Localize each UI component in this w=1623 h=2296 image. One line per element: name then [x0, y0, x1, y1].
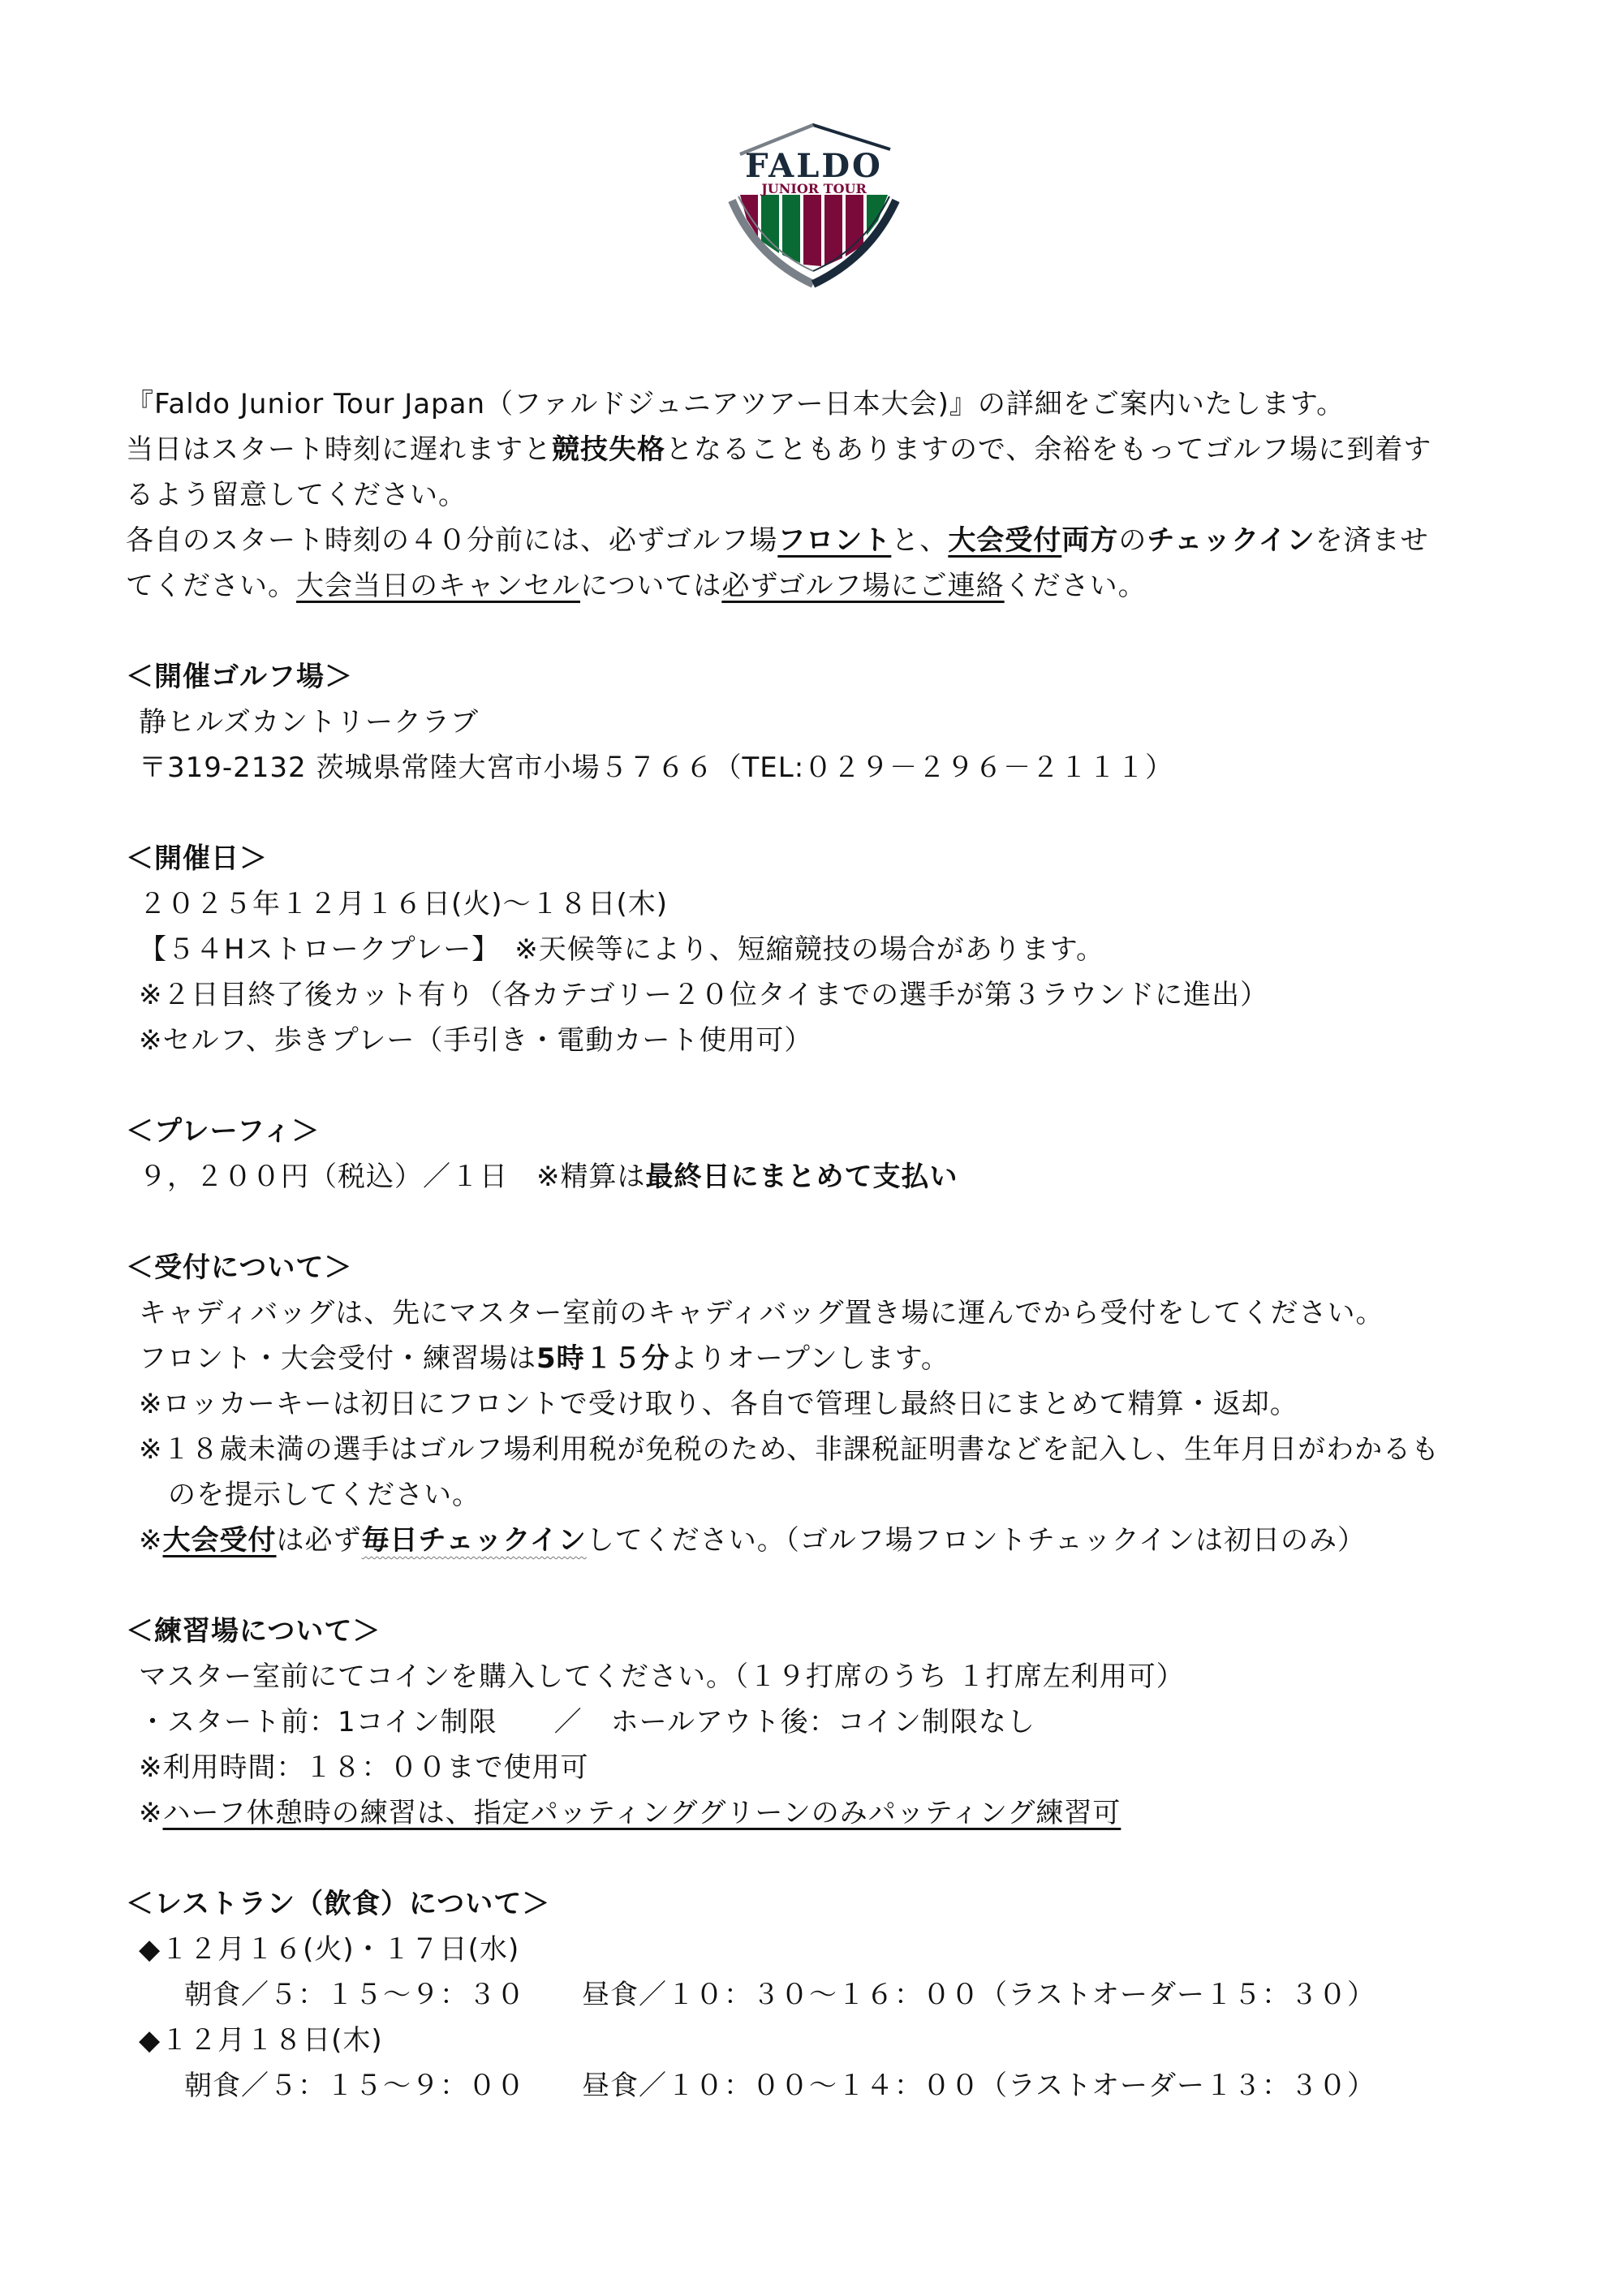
- range-line-2: ・スタート前：1コイン制限 ／ ホールアウト後：コイン制限なし: [126, 1699, 1522, 1745]
- text: してください。（ゴルフ場フロントチェックインは初日のみ）: [587, 1524, 1366, 1557]
- reception-section: ＜受付について＞ キャディバッグは、先にマスター室前のキャディバッグ置き場に運ん…: [126, 1245, 1522, 1563]
- half-break-practice-note: ハーフ休憩時の練習は、指定パッティンググリーンのみパッティング練習可: [163, 1797, 1121, 1829]
- diamond-bullet-icon: ◆: [139, 2018, 161, 2063]
- daily-checkin-emphasis: 毎日チェックイン: [362, 1524, 587, 1557]
- text: を済ませ: [1315, 524, 1429, 557]
- reception-line-2: フロント・大会受付・練習場は5時１５分よりオープンします。: [126, 1336, 1522, 1381]
- range-section: ＜練習場について＞ マスター室前にてコインを購入してください。（１９打席のうち …: [126, 1609, 1522, 1836]
- both-emphasis: 両方: [1061, 524, 1118, 557]
- reception-line-6: ※大会受付は必ず毎日チェックインしてください。（ゴルフ場フロントチェックインは初…: [126, 1518, 1522, 1563]
- contact-emphasis: 必ずゴルフ場にご連絡: [721, 570, 1004, 602]
- intro-line-4: 各自のスタート時刻の４０分前には、必ずゴルフ場フロントと、大会受付両方のチェック…: [126, 518, 1522, 563]
- reception-emphasis: 大会受付: [948, 524, 1061, 557]
- text: １２月１６(火)・１７日(水): [161, 1933, 519, 1966]
- cancel-emphasis: 大会当日のキャンセル: [296, 570, 580, 602]
- fee-text: ９，２００円（税込）／１日 ※精算は最終日にまとめて支払い: [126, 1154, 1522, 1200]
- intro-line-1: 『Faldo Junior Tour Japan（ファルドジュニアツアー日本大会…: [126, 381, 1522, 427]
- dates-section: ＜開催日＞ ２０２５年１２月１６日(火)～１８日(木) 【５４Hストロークプレー…: [126, 836, 1522, 1063]
- event-date: ２０２５年１２月１６日(火)～１８日(木): [126, 881, 1522, 927]
- front-emphasis: フロント: [777, 524, 891, 557]
- reception-line-3: ※ロッカーキーは初日にフロントで受け取り、各自で管理し最終日にまとめて精算・返却…: [126, 1381, 1522, 1427]
- fee-section: ＜プレーフィ＞ ９，２００円（税込）／１日 ※精算は最終日にまとめて支払い: [126, 1109, 1522, 1200]
- text: と、: [891, 524, 948, 557]
- text: の: [1118, 524, 1147, 557]
- faldo-junior-tour-logo: FALDO JUNIOR TOUR: [708, 115, 920, 292]
- cut-note: ※２日目終了後カット有り（各カテゴリー２０位タイまでの選手が第３ラウンドに進出）: [126, 972, 1522, 1018]
- range-line-1: マスター室前にてコインを購入してください。（１９打席のうち １打席左利用可）: [126, 1654, 1522, 1699]
- text: てください。: [126, 570, 296, 602]
- range-heading: ＜練習場について＞: [126, 1609, 1522, 1654]
- venue-name: 静ヒルズカントリークラブ: [126, 700, 1522, 745]
- restaurant-day-1-hours: 朝食／５：１５～９：３０ 昼食／１０：３０～１６：００（ラストオーダー１５：３０…: [126, 1972, 1522, 2018]
- event-format: 【５４Hストロークプレー】 ※天候等により、短縮競技の場合があります。: [126, 927, 1522, 972]
- text: よりオープンします。: [670, 1342, 949, 1375]
- text: については: [580, 570, 721, 602]
- logo-subtitle: JUNIOR TOUR: [760, 181, 867, 196]
- open-time-emphasis: 5時１５分: [536, 1342, 670, 1375]
- document-body: 『Faldo Junior Tour Japan（ファルドジュニアツアー日本大会…: [126, 381, 1522, 2109]
- range-line-3: ※利用時間：１８：００まで使用可: [126, 1745, 1522, 1790]
- checkin-emphasis: チェックイン: [1147, 524, 1315, 557]
- intro-section: 『Faldo Junior Tour Japan（ファルドジュニアツアー日本大会…: [126, 381, 1522, 609]
- text: 当日はスタート時刻に遅れますと: [126, 433, 552, 466]
- reception-heading: ＜受付について＞: [126, 1245, 1522, 1290]
- diamond-bullet-icon: ◆: [139, 1927, 161, 1972]
- restaurant-day-1-date: ◆１２月１６(火)・１７日(水): [126, 1927, 1522, 1972]
- text: ※: [139, 1797, 163, 1829]
- venue-section: ＜開催ゴルフ場＞ 静ヒルズカントリークラブ 〒319-2132 茨城県常陸大宮市…: [126, 654, 1522, 790]
- intro-line-2: 当日はスタート時刻に遅れますと競技失格となることもありますので、余裕をもってゴル…: [126, 427, 1522, 472]
- text: フロント・大会受付・練習場は: [139, 1342, 536, 1375]
- fee-payment-emphasis: 最終日にまとめて支払い: [646, 1161, 958, 1193]
- text: ください。: [1005, 570, 1147, 602]
- reception-line-5: のを提示してください。: [126, 1472, 1522, 1518]
- text: ※: [139, 1524, 163, 1557]
- self-play-note: ※セルフ、歩きプレー（手引き・電動カート使用可）: [126, 1018, 1522, 1063]
- venue-address: 〒319-2132 茨城県常陸大宮市小場５７６６（TEL:０２９－２９６－２１１…: [126, 745, 1522, 790]
- dates-heading: ＜開催日＞: [126, 836, 1522, 881]
- text: は必ず: [277, 1524, 362, 1557]
- reception-line-4: ※１８歳未満の選手はゴルフ場利用税が免税のため、非課税証明書などを記入し、生年月…: [126, 1427, 1522, 1472]
- fee-heading: ＜プレーフィ＞: [126, 1109, 1522, 1154]
- restaurant-day-2-hours: 朝食／５：１５～９：００ 昼食／１０：００～１４：００（ラストオーダー１３：３０…: [126, 2063, 1522, 2109]
- text: 各自のスタート時刻の４０分前には、必ずゴルフ場: [126, 524, 777, 557]
- restaurant-day-2-date: ◆１２月１８日(木): [126, 2018, 1522, 2063]
- range-line-4: ※ハーフ休憩時の練習は、指定パッティンググリーンのみパッティング練習可: [126, 1790, 1522, 1836]
- venue-heading: ＜開催ゴルフ場＞: [126, 654, 1522, 700]
- reception-line-1: キャディバッグは、先にマスター室前のキャディバッグ置き場に運んでから受付をしてく…: [126, 1290, 1522, 1336]
- intro-line-3: るよう留意してください。: [126, 472, 1522, 518]
- logo-title: FALDO: [745, 147, 883, 185]
- intro-line-5: てください。大会当日のキャンセルについては必ずゴルフ場にご連絡ください。: [126, 563, 1522, 609]
- text: ９，２００円（税込）／１日 ※精算は: [139, 1161, 646, 1193]
- disqualification-emphasis: 競技失格: [552, 433, 665, 466]
- restaurant-section: ＜レストラン（飲食）について＞ ◆１２月１６(火)・１７日(水) 朝食／５：１５…: [126, 1881, 1522, 2109]
- reception-desk-emphasis: 大会受付: [163, 1524, 277, 1557]
- text: となることもありますので、余裕をもってゴルフ場に到着す: [665, 433, 1431, 466]
- text: １２月１８日(木): [161, 2024, 383, 2057]
- restaurant-heading: ＜レストラン（飲食）について＞: [126, 1881, 1522, 1927]
